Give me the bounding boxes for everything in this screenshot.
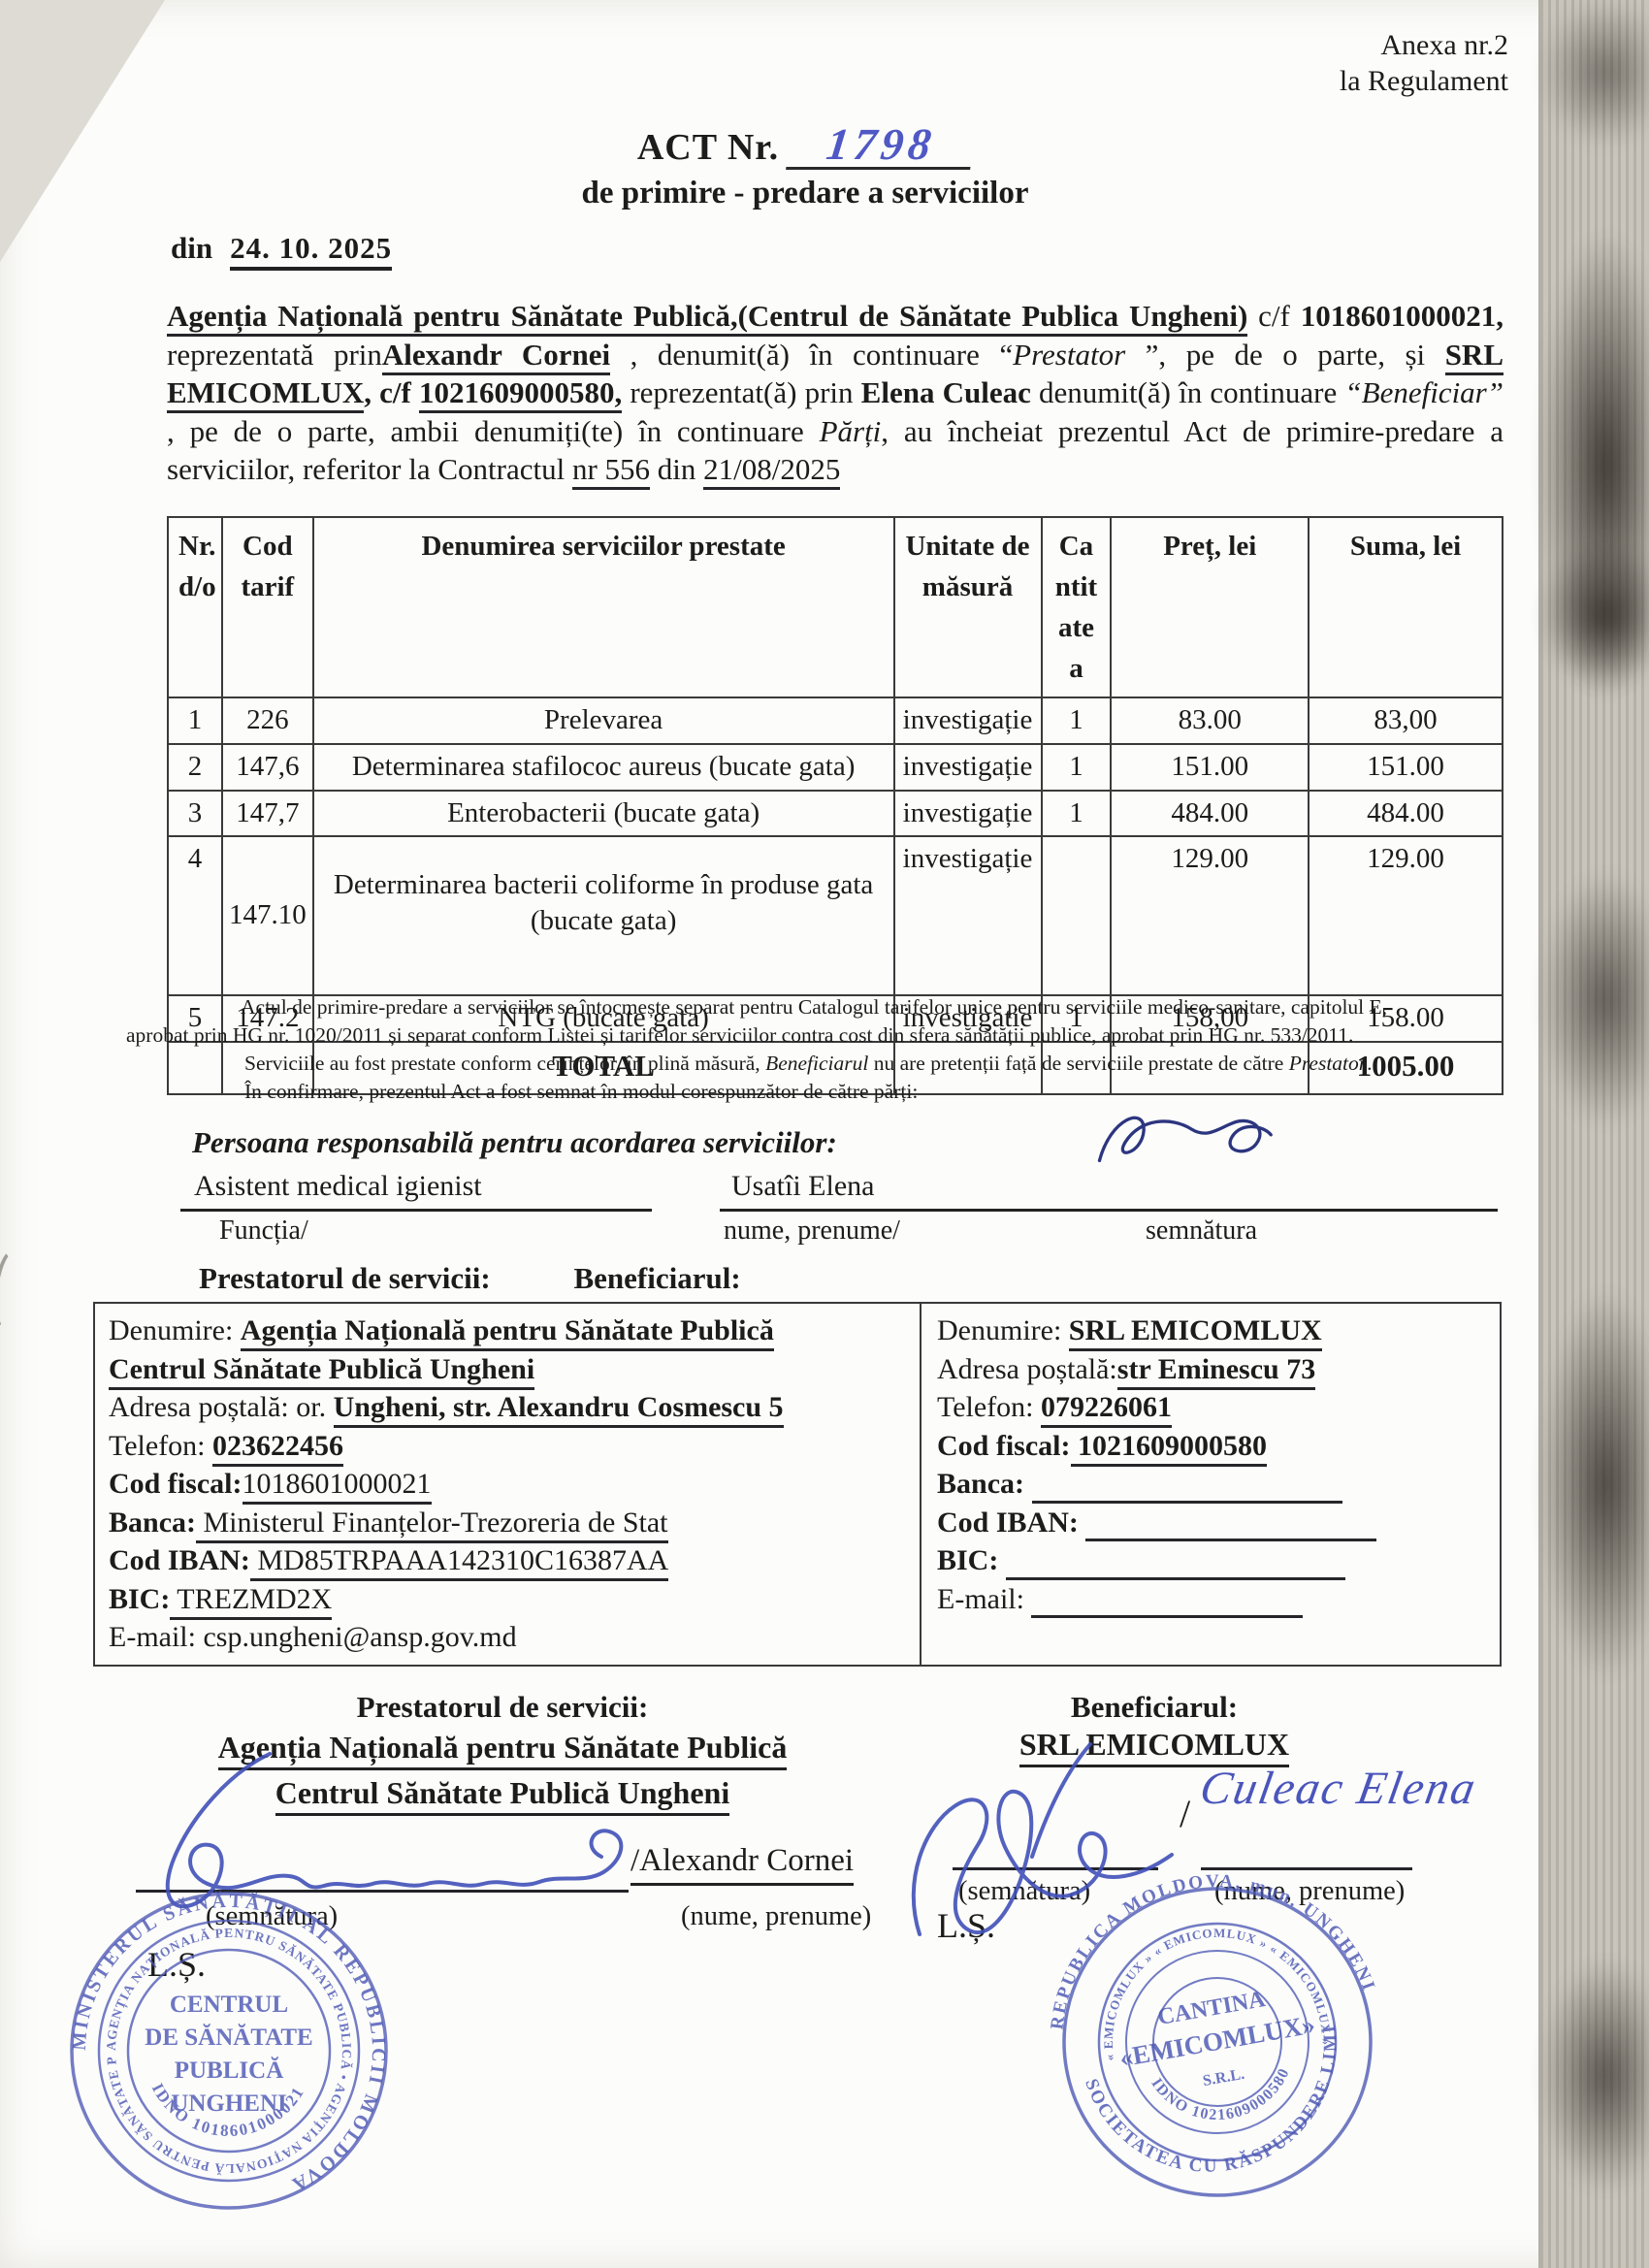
blank-underline <box>1085 1509 1376 1541</box>
scan-blotch <box>1540 543 1649 689</box>
function-label: Funcția/ <box>219 1215 308 1247</box>
text-segment: Prestator <box>1289 1052 1367 1075</box>
text-segment: aprobat prin HG nr. 1020/2011 și separat… <box>126 1023 1353 1047</box>
col-header-nr: Nr. d/o <box>168 517 222 697</box>
footnote-line: Actul de primire-predare a serviciilor s… <box>126 993 1535 1021</box>
footnote-line: Serviciile au fost prestate conform ceri… <box>126 1050 1535 1078</box>
beneficiary-sign-heading: Beneficiarul: <box>946 1690 1363 1725</box>
cell-cod: 147,6 <box>222 744 313 791</box>
text-segment: Ungheni, str. Alexandru Cosmescu 5 <box>334 1391 784 1428</box>
date-line: din24. 10. 2025 <box>171 231 392 266</box>
info-line: Cod fiscal:1018601000021 <box>109 1465 906 1504</box>
text-segment: Agenția Națională pentru Sănătate Public… <box>167 299 1247 337</box>
cell-suma: 484.00 <box>1309 791 1503 837</box>
col-header-cod: Cod tarif <box>222 517 313 697</box>
responsible-labels: Funcția/ nume, prenume/ semnătura <box>180 1215 1505 1250</box>
text-segment: . <box>1367 1052 1372 1075</box>
provider-sign-heading: Prestatorul de servicii: <box>114 1690 890 1725</box>
date-value: 24. 10. 2025 <box>230 231 392 271</box>
col-header-pret: Preț, lei <box>1111 517 1309 697</box>
cell-nr: 3 <box>168 791 222 837</box>
info-line: Adresa poștală:str Eminescu 73 <box>937 1350 1484 1389</box>
text-segment: Denumire: <box>109 1314 241 1346</box>
signature-label: semnătura <box>1146 1215 1257 1247</box>
cell-den: Determinarea stafilococ aureus (bucate g… <box>313 744 894 791</box>
responsible-row: Asistent medical igienistUsatîi Elena <box>180 1170 1505 1212</box>
provider-stamp-center1: CENTRUL <box>170 1992 288 2018</box>
responsible-heading: Persoana responsabilă pentru acordarea s… <box>180 1125 1505 1160</box>
scan-mark-artifact <box>0 1245 36 1337</box>
page-fold-artifact <box>0 0 165 262</box>
info-line: BIC: <box>937 1541 1484 1580</box>
text-segment: 1021609000580 <box>1071 1430 1268 1467</box>
text-segment: Elena Culeac <box>861 375 1031 409</box>
scan-blotch <box>1540 1960 1649 2192</box>
cell-um: investigație <box>894 697 1042 744</box>
text-segment: c/f <box>1247 299 1300 333</box>
provider-signer-name: /Alexandr Cornei <box>630 1843 854 1886</box>
act-number-handwritten: 1798 <box>786 124 976 170</box>
text-segment: reprezentat(ă) prin <box>622 375 860 409</box>
parties-headings: Prestatorul de servicii: Beneficiarul: <box>199 1261 741 1296</box>
cell-nr: 4 <box>168 836 222 995</box>
scanned-document-page: Anexa nr.2 la Regulament ACT Nr.1798 de … <box>0 0 1649 2268</box>
cell-suma: 129.00 <box>1309 836 1503 995</box>
text-segment: 21/08/2025 <box>703 452 840 490</box>
text-segment: Ministerul Finanțelor-Trezoreria de Stat <box>196 1507 668 1543</box>
info-line: Telefon: 023622456 <box>109 1427 906 1466</box>
info-line: Cod IBAN: <box>937 1504 1484 1542</box>
text-segment: Banca: <box>109 1507 196 1539</box>
cell-pret: 83.00 <box>1111 697 1309 744</box>
text-segment: Telefon: <box>937 1391 1041 1423</box>
cell-cant: 1 <box>1042 697 1112 744</box>
text-segment: Cod IBAN: <box>937 1507 1085 1539</box>
cell-pret: 129.00 <box>1111 836 1309 995</box>
text-segment: MD85TRPAAA142310C16387AA <box>250 1544 668 1581</box>
text-segment: 023622456 <box>212 1430 343 1467</box>
text-segment: BIC: <box>937 1544 1006 1576</box>
text-segment: Denumire: <box>937 1314 1069 1346</box>
cell-cant: 1 <box>1042 744 1112 791</box>
col-header-suma: Suma, lei <box>1309 517 1503 697</box>
cell-um: investigație <box>894 791 1042 837</box>
beneficiary-handwritten-name: Culeac Elena <box>1196 1762 1481 1815</box>
provider-heading: Prestatorul de servicii: <box>199 1261 491 1295</box>
act-subtitle: de primire - predare a serviciilor <box>417 176 1193 211</box>
scan-blotch <box>1540 1290 1649 1678</box>
cell-suma: 151.00 <box>1309 744 1503 791</box>
text-segment: denumit(ă) în continuare <box>1031 375 1345 409</box>
text-segment: BIC: <box>109 1583 170 1615</box>
text-segment: Telefon: <box>109 1430 212 1462</box>
text-segment: 079226061 <box>1041 1391 1172 1428</box>
beneficiary-stamp-center3: S.R.L. <box>1202 2066 1245 2090</box>
act-title-line: ACT Nr.1798 <box>417 124 1193 170</box>
text-segment: nr 556 <box>572 452 650 490</box>
col-header-den: Denumirea serviciilor prestate <box>313 517 894 697</box>
text-segment: Centrul Sănătate Publică Ungheni <box>109 1353 534 1390</box>
text-segment: Actul de primire-predare a serviciilor s… <box>241 995 1387 1019</box>
cell-um: investigație <box>894 744 1042 791</box>
beneficiary-heading: Beneficiarul: <box>573 1261 740 1295</box>
text-segment: 1021609000580, <box>419 375 622 413</box>
text-segment: reprezentată prin <box>167 338 382 372</box>
provider-stamp-center3: PUBLICĂ <box>175 2057 284 2084</box>
provider-name-caption: (nume, prenume) <box>681 1901 871 1932</box>
text-segment: , denumit(ă) în continuare “ <box>610 338 1013 372</box>
text-segment: nu are pretenții față de serviciile pres… <box>868 1052 1288 1075</box>
cell-pret: 151.00 <box>1111 744 1309 791</box>
scan-blotch <box>1540 873 1649 1125</box>
table-header-row: Nr. d/o Cod tarif Denumirea serviciilor … <box>168 517 1503 697</box>
table-row: 4147.10Determinarea bacterii coliforme î… <box>168 836 1503 995</box>
text-segment: Beneficiarul <box>765 1052 868 1075</box>
text-segment: din <box>650 452 703 486</box>
info-line: Banca: Ministerul Finanțelor-Trezoreria … <box>109 1504 906 1542</box>
annex-line2: la Regulament <box>1212 63 1508 99</box>
cell-nr: 2 <box>168 744 222 791</box>
signature-usatii <box>1078 1094 1286 1186</box>
col-header-cant: Cantitatea <box>1042 517 1112 697</box>
cell-um: investigație <box>894 836 1042 995</box>
info-line: Centrul Sănătate Publică Ungheni <box>109 1350 906 1389</box>
text-segment: Agenția Națională pentru Sănătate Public… <box>241 1314 774 1351</box>
text-segment: , pe de o parte, ambii denumiți(te) în c… <box>167 414 820 448</box>
cell-nr: 1 <box>168 697 222 744</box>
scan-edge-artifact <box>1538 0 1649 2268</box>
cell-cant <box>1042 836 1112 995</box>
provider-info: Denumire: Agenția Națională pentru Sănăt… <box>95 1304 921 1665</box>
text-segment: SRL EMICOMLUX <box>1069 1314 1322 1351</box>
text-segment: Prestator <box>1013 338 1125 372</box>
info-line: Adresa poștală: or. Ungheni, str. Alexan… <box>109 1388 906 1427</box>
col-header-um: Unitate de măsură <box>894 517 1042 697</box>
text-segment: Cod fiscal: <box>937 1430 1071 1462</box>
parties-info-box: Denumire: Agenția Națională pentru Sănăt… <box>93 1302 1502 1667</box>
cell-cod: 147,7 <box>222 791 313 837</box>
table-row: 3147,7Enterobacterii (bucate gata)invest… <box>168 791 1503 837</box>
title-block: ACT Nr.1798 de primire - predare a servi… <box>417 124 1193 211</box>
text-segment: TREZMD2X <box>170 1583 332 1620</box>
text-segment: Banca: <box>937 1468 1032 1500</box>
blank-underline <box>1006 1548 1345 1580</box>
blank-underline <box>1032 1472 1342 1504</box>
intro-paragraph: Agenția Națională pentru Sănătate Public… <box>167 297 1503 489</box>
text-segment: str Eminescu 73 <box>1117 1353 1315 1390</box>
text-segment: Adresa poștală: or. <box>109 1391 334 1423</box>
provider-stamp-center2: DE SĂNĂTATE <box>145 2024 312 2051</box>
name-label: nume, prenume/ <box>724 1215 900 1247</box>
text-segment: 1018601000021, <box>1301 299 1503 333</box>
text-segment: E-mail: csp.ungheni@ansp.gov.md <box>109 1621 517 1653</box>
footnote-line: aprobat prin HG nr. 1020/2011 și separat… <box>126 1021 1535 1050</box>
responsible-function: Asistent medical igienist <box>180 1170 652 1212</box>
text-segment: 1018601000021 <box>242 1468 432 1505</box>
info-line: Denumire: Agenția Națională pentru Sănăt… <box>109 1312 906 1350</box>
text-segment: , c/f <box>364 375 419 409</box>
text-segment: ”, pe de o parte, și <box>1125 338 1445 372</box>
beneficiary-stamp: REPUBLICA MOLDOVA, mun. UNGHENI SOCIETAT… <box>1033 1858 1402 2226</box>
provider-stamp-center4: UNGHENI <box>171 2090 286 2117</box>
cell-den: Determinarea bacterii coliforme în produ… <box>313 836 894 995</box>
info-line: BIC: TREZMD2X <box>109 1580 906 1619</box>
info-line: Banca: <box>937 1465 1484 1504</box>
footnote: Actul de primire-predare a serviciilor s… <box>126 993 1535 1106</box>
beneficiary-info: Denumire: SRL EMICOMLUXAdresa poștală:st… <box>921 1304 1500 1665</box>
info-line: Cod fiscal: 1021609000580 <box>937 1427 1484 1466</box>
blank-underline <box>1031 1586 1303 1618</box>
cell-pret: 484.00 <box>1111 791 1309 837</box>
text-segment: În confirmare, prezentul Act a fost semn… <box>244 1080 918 1103</box>
info-line: E-mail: <box>937 1580 1484 1619</box>
text-segment: Cod IBAN: <box>109 1544 250 1576</box>
text-segment: Părți <box>820 414 882 448</box>
date-label: din <box>171 231 212 265</box>
info-line: Denumire: SRL EMICOMLUX <box>937 1312 1484 1350</box>
table-row: 1226Prelevareainvestigație183.0083,00 <box>168 697 1503 744</box>
act-title-label: ACT Nr. <box>637 127 779 168</box>
cell-den: Enterobacterii (bucate gata) <box>313 791 894 837</box>
scan-blotch <box>1540 0 1649 146</box>
text-segment: “Beneficiar” <box>1344 375 1503 409</box>
annex-line1: Anexa nr.2 <box>1212 27 1508 63</box>
cell-cant: 1 <box>1042 791 1112 837</box>
responsible-section: Persoana responsabilă pentru acordarea s… <box>180 1125 1505 1250</box>
info-line: E-mail: csp.ungheni@ansp.gov.md <box>109 1618 906 1657</box>
cell-suma: 83,00 <box>1309 697 1503 744</box>
table-row: 2147,6Determinarea stafilococ aureus (bu… <box>168 744 1503 791</box>
cell-cod: 226 <box>222 697 313 744</box>
text-segment: E-mail: <box>937 1583 1031 1615</box>
annex-note: Anexa nr.2 la Regulament <box>1212 27 1508 99</box>
text-segment: Alexandr Cornei <box>382 338 610 375</box>
text-segment: Cod fiscal: <box>109 1468 242 1500</box>
text-segment: Adresa poștală: <box>937 1353 1117 1385</box>
info-line: Telefon: 079226061 <box>937 1388 1484 1427</box>
provider-stamp: MINISTERUL SĂNĂTĂȚII AL REPUBLICII MOLDO… <box>43 1864 416 2238</box>
cell-cod: 147.10 <box>222 836 313 995</box>
text-segment: Serviciile au fost prestate conform ceri… <box>244 1052 765 1075</box>
cell-den: Prelevarea <box>313 697 894 744</box>
info-line: Cod IBAN: MD85TRPAAA142310C16387AA <box>109 1541 906 1580</box>
footnote-line: În confirmare, prezentul Act a fost semn… <box>126 1078 1535 1106</box>
